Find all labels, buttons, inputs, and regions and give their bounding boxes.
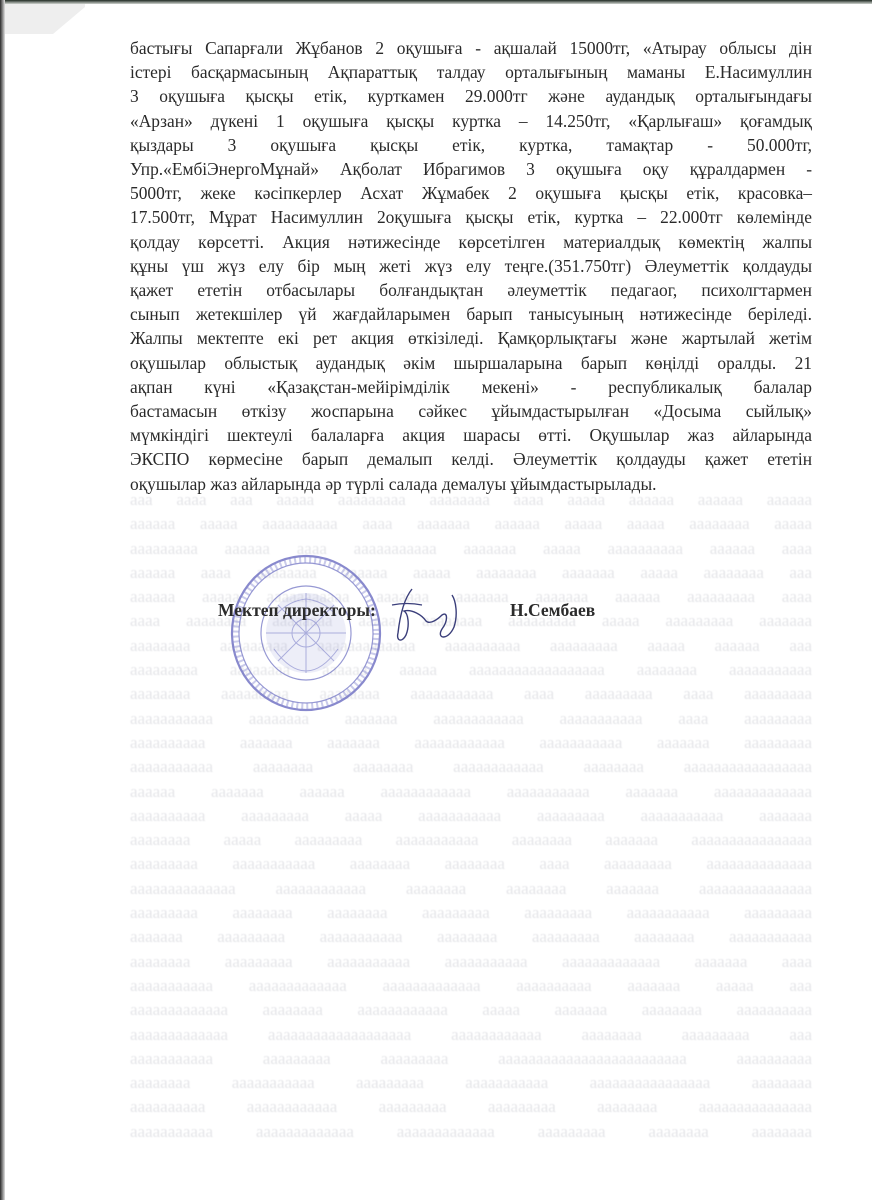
text-line: оқушылар облыстық аудандық әкім шыршалар… (130, 351, 812, 375)
text-line: бастамасын өткізу жоспарына сәйкес ұйымд… (130, 399, 812, 423)
text-line: қажет ететін отбасылары болғандықтан әле… (130, 278, 812, 302)
signature-block: Мектеп директоры: Н.Сембаев (218, 598, 778, 638)
document-page: бастығы Сапарғали Жұбанов 2 оқушыға - ақ… (130, 36, 812, 496)
text-line: құны үш жүз елу бір мың жеті жүз елу тең… (130, 254, 812, 278)
signatory-title: Мектеп директоры: (218, 600, 376, 621)
signatory-name: Н.Сембаев (510, 600, 595, 621)
text-line: қыздары 3 оқушыға қысқы етік, куртка, та… (130, 133, 812, 157)
text-line: істері басқармасының Ақпараттық талдау о… (130, 60, 812, 84)
text-line: бастығы Сапарғали Жұбанов 2 оқушыға - ақ… (130, 36, 812, 60)
body-paragraph: бастығы Сапарғали Жұбанов 2 оқушыға - ақ… (130, 36, 812, 496)
scan-edge-left (0, 0, 5, 1200)
text-line: Упр.«ЕмбіЭнергоМұнай» Ақболат Ибрагимов … (130, 157, 812, 181)
text-line: сынып жетекшілер үй жағдайларымен барып … (130, 302, 812, 326)
text-line: қолдау көрсетті. Акция нәтижесінде көрсе… (130, 230, 812, 254)
text-line: 17.500тг, Мұрат Насимуллин 2оқушыға қысқ… (130, 205, 812, 229)
text-line: «Арзан» дүкені 1 оқушыға қысқы куртка – … (130, 109, 812, 133)
scan-shadow (5, 4, 85, 34)
text-line: ЭКСПО көрмесіне барып демалып келді. Әле… (130, 447, 812, 471)
text-line: 3 оқушыға қысқы етік, курткамен 29.000тг… (130, 84, 812, 108)
text-line: Жалпы мектепте екі рет акция өткізіледі.… (130, 326, 812, 350)
text-line: мүмкіндігі шектеулі балаларға акция шара… (130, 423, 812, 447)
text-line: ақпан күні «Қазақстан-мейірімділік мекен… (130, 375, 812, 399)
text-line: 5000тг, жеке кәсіпкерлер Асхат Жұмабек 2… (130, 181, 812, 205)
scan-edge-top (0, 0, 872, 4)
text-line: оқушылар жаз айларында әр түрлі салада д… (130, 472, 812, 496)
